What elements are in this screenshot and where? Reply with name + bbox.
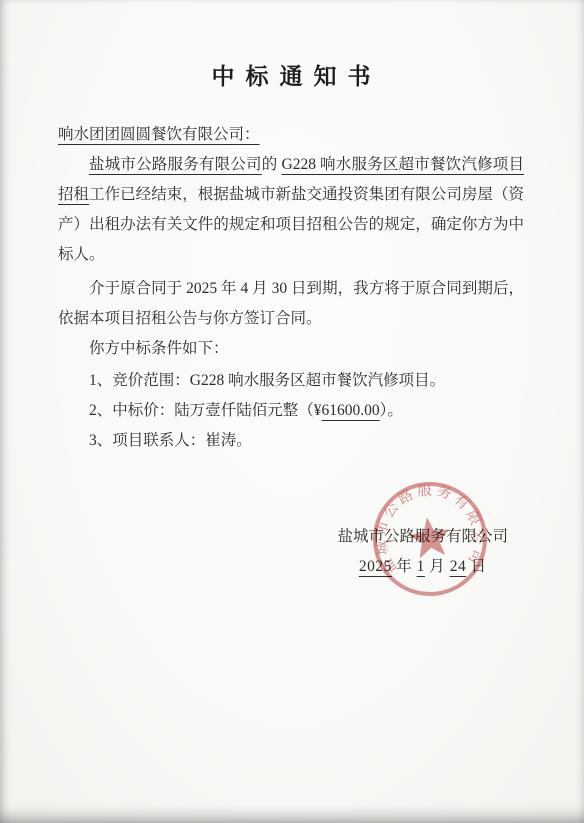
date-unit: 日 xyxy=(466,558,486,575)
list-item-text: ）。 xyxy=(380,402,403,419)
paragraph-text: 工作已经结束，根据盐城市新盐交通投资集团有限公司房屋（资产）出租办法有关文件的规… xyxy=(58,186,524,263)
paragraph-award: 盐城市公路服务有限公司的 G228 响水服务区超市餐饮汽修项目招租工作已经结束，… xyxy=(58,150,524,270)
bid-amount: 61600.00 xyxy=(322,402,380,419)
paragraph-conditions-intro: 你方中标条件如下： xyxy=(58,334,524,364)
list-item-text: 2、中标价：陆万壹仟陆佰元整（¥ xyxy=(89,402,322,419)
signature-block: 盐城市公路服务有限公司 2025 年 1 月 24 日 xyxy=(337,522,508,582)
signature-date: 2025 年 1 月 24 日 xyxy=(337,552,508,582)
list-item-bid-price: 2、中标价：陆万壹仟陆佰元整（¥61600.00）。 xyxy=(58,396,524,426)
recipient-line: 响水团团圆圆餐饮有限公司： xyxy=(58,120,524,150)
paragraph-text: 的 xyxy=(262,156,282,173)
document-page: 中标通知书 响水团团圆圆餐饮有限公司： 盐城市公路服务有限公司的 G228 响水… xyxy=(0,0,584,823)
date-unit: 年 xyxy=(392,558,417,575)
paragraph-contract-expiry: 介于原合同于 2025 年 4 月 30 日到期，我方将于原合同到期后，依据本项… xyxy=(58,274,524,334)
document-body: 中标通知书 响水团团圆圆餐饮有限公司： 盐城市公路服务有限公司的 G228 响水… xyxy=(58,0,524,582)
recipient-name: 响水团团圆圆餐饮有限公司： xyxy=(58,126,260,143)
date-day: 24 xyxy=(450,558,467,575)
signature-company: 盐城市公路服务有限公司 xyxy=(337,522,508,552)
date-unit: 月 xyxy=(425,558,450,575)
award-conditions-list: 1、竞价范围：G228 响水服务区超市餐饮汽修项目。 2、中标价：陆万壹仟陆佰元… xyxy=(58,366,524,456)
date-year: 2025 xyxy=(359,558,392,575)
list-item-bid-scope: 1、竞价范围：G228 响水服务区超市餐饮汽修项目。 xyxy=(58,366,524,396)
issuer-name: 盐城市公路服务有限公司 xyxy=(89,156,262,173)
date-month: 1 xyxy=(417,558,425,575)
doc-title: 中标通知书 xyxy=(58,60,524,94)
list-item-contact: 3、项目联系人：崔涛。 xyxy=(58,426,524,456)
